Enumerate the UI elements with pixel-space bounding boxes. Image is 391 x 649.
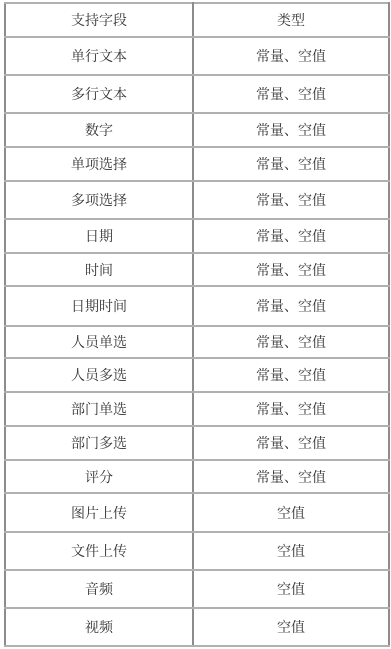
- field-type-cell: 常量、空值: [193, 358, 389, 392]
- field-type-cell: 常量、空值: [193, 286, 389, 326]
- field-name-cell: 音频: [5, 570, 193, 608]
- table-header-row: 支持字段 类型: [5, 3, 389, 37]
- field-name-cell: 评分: [5, 460, 193, 493]
- field-name-cell: 文件上传: [5, 532, 193, 570]
- field-name-cell: 时间: [5, 253, 193, 286]
- table-row: 图片上传空值: [5, 493, 389, 532]
- table-body: 单行文本常量、空值多行文本常量、空值数字常量、空值单项选择常量、空值多项选择常量…: [5, 37, 389, 646]
- field-name-cell: 日期: [5, 219, 193, 253]
- table-row: 多项选择常量、空值: [5, 181, 389, 219]
- field-type-cell: 空值: [193, 532, 389, 570]
- field-name-cell: 单项选择: [5, 147, 193, 181]
- field-name-cell: 多项选择: [5, 181, 193, 219]
- field-type-cell: 空值: [193, 608, 389, 646]
- field-type-cell: 空值: [193, 570, 389, 608]
- table-row: 人员单选常量、空值: [5, 326, 389, 358]
- field-name-cell: 部门多选: [5, 426, 193, 460]
- field-type-cell: 常量、空值: [193, 37, 389, 75]
- table-row: 部门单选常量、空值: [5, 392, 389, 426]
- header-type: 类型: [193, 3, 389, 37]
- field-name-cell: 人员单选: [5, 326, 193, 358]
- table-row: 日期常量、空值: [5, 219, 389, 253]
- header-supported-field: 支持字段: [5, 3, 193, 37]
- table-row: 部门多选常量、空值: [5, 426, 389, 460]
- field-type-cell: 常量、空值: [193, 113, 389, 147]
- table-row: 单行文本常量、空值: [5, 37, 389, 75]
- field-name-cell: 单行文本: [5, 37, 193, 75]
- table-row: 多行文本常量、空值: [5, 75, 389, 113]
- table-row: 文件上传空值: [5, 532, 389, 570]
- field-type-cell: 常量、空值: [193, 219, 389, 253]
- table-row: 单项选择常量、空值: [5, 147, 389, 181]
- field-type-cell: 常量、空值: [193, 181, 389, 219]
- field-type-cell: 常量、空值: [193, 75, 389, 113]
- field-type-cell: 常量、空值: [193, 326, 389, 358]
- table-row: 数字常量、空值: [5, 113, 389, 147]
- field-type-table-container: 支持字段 类型 单行文本常量、空值多行文本常量、空值数字常量、空值单项选择常量、…: [4, 2, 388, 647]
- field-name-cell: 多行文本: [5, 75, 193, 113]
- field-name-cell: 人员多选: [5, 358, 193, 392]
- table-row: 时间常量、空值: [5, 253, 389, 286]
- table-row: 视频空值: [5, 608, 389, 646]
- field-name-cell: 图片上传: [5, 493, 193, 532]
- field-name-cell: 视频: [5, 608, 193, 646]
- table-row: 评分常量、空值: [5, 460, 389, 493]
- field-type-cell: 常量、空值: [193, 253, 389, 286]
- field-name-cell: 部门单选: [5, 392, 193, 426]
- field-type-cell: 常量、空值: [193, 392, 389, 426]
- field-name-cell: 数字: [5, 113, 193, 147]
- field-name-cell: 日期时间: [5, 286, 193, 326]
- table-row: 音频空值: [5, 570, 389, 608]
- field-type-cell: 常量、空值: [193, 147, 389, 181]
- field-type-cell: 常量、空值: [193, 426, 389, 460]
- table-row: 日期时间常量、空值: [5, 286, 389, 326]
- table-row: 人员多选常量、空值: [5, 358, 389, 392]
- field-type-cell: 空值: [193, 493, 389, 532]
- field-type-cell: 常量、空值: [193, 460, 389, 493]
- field-type-table: 支持字段 类型 单行文本常量、空值多行文本常量、空值数字常量、空值单项选择常量、…: [4, 2, 390, 647]
